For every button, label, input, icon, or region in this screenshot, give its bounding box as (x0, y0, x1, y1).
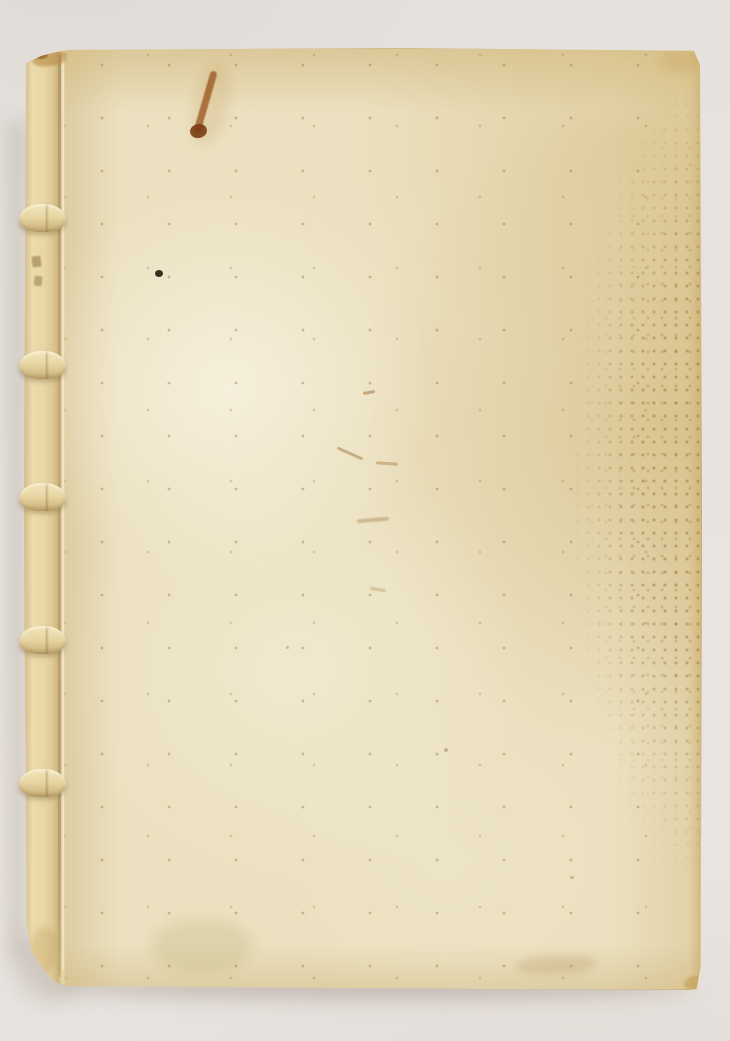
spine-script-2 (33, 276, 42, 287)
corner-wear-top-right (660, 50, 702, 72)
squiggle-3 (376, 461, 398, 466)
squiggle-2 (337, 446, 364, 460)
speck-1 (444, 748, 448, 752)
ink-dot (155, 270, 163, 277)
squiggle-5 (370, 587, 386, 592)
band-notch-1 (54, 216, 63, 222)
squiggle-1 (363, 390, 375, 395)
photo-antique-vellum-book (0, 0, 730, 1041)
book (24, 48, 702, 990)
spine-script-1 (31, 256, 41, 268)
bottom-stain (516, 954, 597, 976)
speck-2 (286, 646, 289, 649)
marks-layer (24, 48, 702, 990)
tail-wear (27, 926, 59, 977)
speck-3 (570, 876, 574, 879)
bottom-mottle (152, 920, 252, 972)
band-notch-3 (55, 494, 63, 499)
headcap-wear (31, 48, 66, 67)
band-notch-4 (57, 638, 65, 644)
book-cover (24, 48, 702, 990)
squiggle-4 (357, 517, 389, 524)
